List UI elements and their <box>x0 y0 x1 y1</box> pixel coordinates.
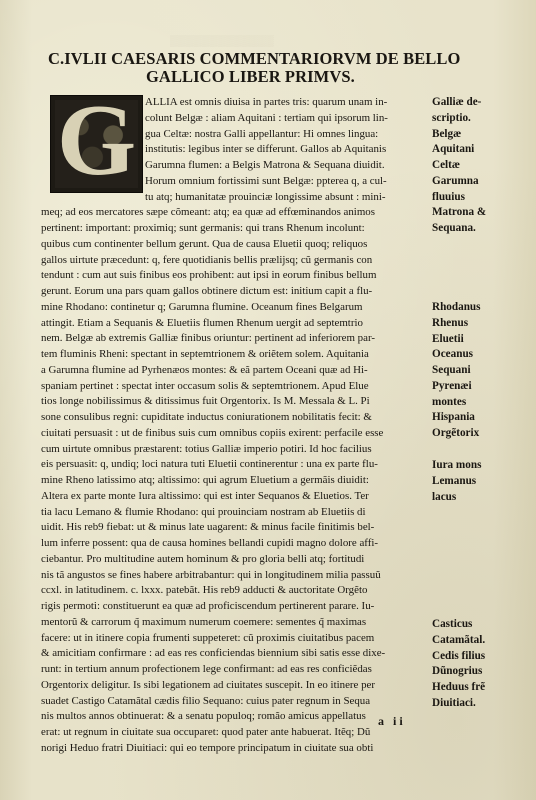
text-line: gallos uirtute præcedunt: q, fere quotid… <box>41 253 429 269</box>
text-line: Garumna flumen: a Belgis Matrona & Sequa… <box>41 158 429 174</box>
text-line: gua Celtæ: nostra Galli appellantur: Hi … <box>41 127 429 143</box>
marginal-note-line: Sequana. <box>432 221 527 237</box>
marginal-note-line: Aquitani <box>432 142 527 158</box>
marginal-note-line: montes <box>432 395 527 411</box>
text-line: colunt Belgæ : aliam Aquitani : tertiam … <box>41 111 429 127</box>
text-line: suadet Castigo Catamãtal cædis filio Seq… <box>41 694 429 710</box>
text-line: tendunt : cum aut suis finibus eos prohi… <box>41 268 429 284</box>
signature-mark: a ii <box>378 714 406 729</box>
marginal-note-block: Galliæ de-scriptio.BelgæAquitaniCeltæGar… <box>432 95 527 237</box>
text-line: Orgentorix deligitur. Is sibi legationem… <box>41 678 429 694</box>
text-line: sone consulibus regni: cupiditate induct… <box>41 410 429 426</box>
marginal-note-line: Belgæ <box>432 127 527 143</box>
text-line: tu atq; humanitatæ prouinciæ longissime … <box>41 190 429 206</box>
text-line: ALLIA est omnis diuisa in partes tris: q… <box>41 95 429 111</box>
text-line: Horum omnium fortissimi sunt Belgæ: ppte… <box>41 174 429 190</box>
marginal-note-block: CasticusCatamãtal.Cedis filiusDũnogriusH… <box>432 617 527 712</box>
marginal-note-block: Iura monsLemanuslacus <box>432 458 527 505</box>
marginal-note-line: Catamãtal. <box>432 633 527 649</box>
text-line: norigi Heduo fratri Diuitiaci: qui eo te… <box>41 741 429 757</box>
text-line: gerunt. Eorum una pars quam gallos obtin… <box>41 284 429 300</box>
text-line: nis multos annos obtinuerat: & a senatu … <box>41 709 429 725</box>
marginal-note-block: RhodanusRhenusEluetiiOceanusSequaniPyren… <box>432 300 527 442</box>
text-line: rigis permoti: constituerunt ea quæ ad p… <box>41 599 429 615</box>
text-line: mine Rhodano: continetur q; Garumna flum… <box>41 300 429 316</box>
marginal-note-line: Eluetii <box>432 332 527 348</box>
text-line: lum inferre possent: qua de causa homine… <box>41 536 429 552</box>
text-line: Altera ex parte monte Iura altissimo: qu… <box>41 489 429 505</box>
marginal-note-line: Lemanus <box>432 474 527 490</box>
marginal-note-line: Dũnogrius <box>432 664 527 680</box>
page-title: C.IVLII CAESARIS COMMENTARIORVM DE BELLO… <box>48 50 408 86</box>
text-line: runt: in tertium annum profectionem lege… <box>41 662 429 678</box>
text-line: ciebantur. Pro multitudine autem hominum… <box>41 552 429 568</box>
marginal-note-line: scriptio. <box>432 111 527 127</box>
marginal-note-line: Diuitiaci. <box>432 696 527 712</box>
text-line: tem fluminis Rheni: spectant in septemtr… <box>41 347 429 363</box>
scanned-page: ▒▒▒▒▒▒▒▒▒▒▒▒▒ C.IVLII CAESARIS COMMENTAR… <box>0 0 536 800</box>
marginal-note-line: Celtæ <box>432 158 527 174</box>
title-line-1: C.IVLII CAESARIS COMMENTARIORVM DE BELLO <box>48 50 408 68</box>
main-text-block: ALLIA est omnis diuisa in partes tris: q… <box>41 95 429 757</box>
text-line: mentorũ & carrorum q̃ maximum numerum co… <box>41 615 429 631</box>
marginal-note-line: Orgẽtorix <box>432 426 527 442</box>
marginal-note-line: Hispania <box>432 410 527 426</box>
text-line: pertinent: important: proximiq; sunt ger… <box>41 221 429 237</box>
text-line: mine Rheno latissimo atq; altissimo: qui… <box>41 473 429 489</box>
marginal-note-line: Galliæ de- <box>432 95 527 111</box>
text-line: ciuitati persuasit : ut de finibus suis … <box>41 426 429 442</box>
text-line: erat: ut regnum in ciuitate sua occupare… <box>41 725 429 741</box>
text-line: institutis: legibus inter se differunt. … <box>41 142 429 158</box>
marginal-note-line: Garumna <box>432 174 527 190</box>
marginal-note-line: fluuius <box>432 190 527 206</box>
text-line: cum uirtute omnibus præstarent: totius G… <box>41 442 429 458</box>
text-line: spaniam pertinet : spectat inter occasum… <box>41 379 429 395</box>
marginal-note-line: Rhenus <box>432 316 527 332</box>
marginal-note-line: Sequani <box>432 363 527 379</box>
text-line: facere: ut in itinere copia frumenti sup… <box>41 631 429 647</box>
marginal-note-line: Rhodanus <box>432 300 527 316</box>
marginal-note-line: Matrona & <box>432 205 527 221</box>
text-line: tios longe nobilissimus & ditissimus fui… <box>41 394 429 410</box>
text-line: quibus cum continenter bellum gerunt. Qu… <box>41 237 429 253</box>
marginal-note-line: Casticus <box>432 617 527 633</box>
marginal-note-line: lacus <box>432 490 527 506</box>
text-line: & amicitiam confirmare : ad eas res conf… <box>41 646 429 662</box>
show-through-text: ▒▒▒▒▒▒▒▒▒▒▒▒▒ <box>170 35 274 47</box>
text-line: uidit. His reb9 fiebat: ut & minus late … <box>41 520 429 536</box>
text-line: ccxl. in latitudinem. c. lxxx. patebãt. … <box>41 583 429 599</box>
text-line: tia lacu Lemano & flumie Rhodano: qui pr… <box>41 505 429 521</box>
text-line: eis persuasit: q, undiq; loci natura tut… <box>41 457 429 473</box>
text-line: a Garumna flumine ad Pyrhenæos montes: &… <box>41 363 429 379</box>
marginal-note-line: Cedis filius <box>432 649 527 665</box>
text-line: nis tã angustos se fines habere arbitrab… <box>41 568 429 584</box>
text-line: nem. Belgæ ab extremis Galliæ finibus or… <box>41 331 429 347</box>
marginal-note-line: Oceanus <box>432 347 527 363</box>
marginal-note-line: Iura mons <box>432 458 527 474</box>
text-line: attingit. Etiam a Sequanis & Eluetiis fl… <box>41 316 429 332</box>
marginal-note-line: Pyrenæi <box>432 379 527 395</box>
marginal-note-line: Heduus frẽ <box>432 680 527 696</box>
text-line: meq; ad eos mercatores sæpe cõmeant: atq… <box>41 205 429 221</box>
